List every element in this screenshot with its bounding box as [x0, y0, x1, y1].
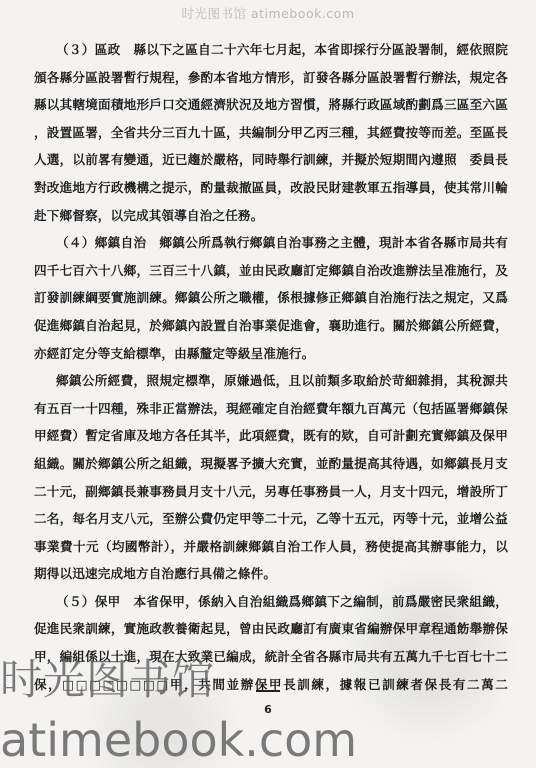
watermark-overlay-en: atimebook.com	[0, 712, 357, 768]
text-line: 組織。關於鄉鎮公所之組織，現擬畧予擴大充實，並酌量提高其待遇，如鄉鎮長月支	[34, 450, 508, 478]
text-line: 事業費十元（均國幣計），并嚴格訓練鄉鎮自治工作人員，務使提高其辦事能力，以	[34, 533, 508, 561]
page-number-rule	[256, 690, 280, 692]
text-line: 赴下鄉督察，以完成其領導自治之任務。	[34, 202, 508, 230]
watermark-overlay-cn: 时光图书馆	[0, 655, 215, 705]
text-line: 二十元，副鄉鎮長兼事務員月支十八元，另專任事務員一人，月支十四元，增設所丁	[34, 478, 508, 506]
document-body: （３）區政 縣以下之區自二十六年七月起，本省即採行分區設署制，經依照院 頒各縣分…	[34, 36, 508, 698]
section-3-heading-line: （３）區政 縣以下之區自二十六年七月起，本省即採行分區設署制，經依照院	[34, 36, 508, 64]
text-line: 期得以迅速完成地方自治應行具備之條件。	[34, 560, 508, 588]
text-line: 對改進地方行政機構之提示，酌量裁撤區員，改設民財建教軍五指導員，使其常川輪	[34, 174, 508, 202]
paragraph-start-line: 鄉鎮公所經費，照規定標準，原嫌過低，且以前類多取給於苛細雜捐，其稅源共	[34, 367, 508, 395]
text-line: 甲經費）暫定省庫及地方各任其半，此項經費，既有的欵，自可計劃充實鄉鎮及保甲	[34, 422, 508, 450]
header-watermark: 时光图书馆 atimebook.com	[0, 4, 536, 22]
text-line: 促進民衆訓練，實施政教養衛起見，曾由民政廳訂有廣東省編辦保甲章程通飭舉辦保	[34, 615, 508, 643]
text-line: 四千七百六十八鄉，三百三十八鎮，並由民政廳訂定鄉鎮自治改進辦法呈准施行，及	[34, 257, 508, 285]
text-line: 二名，每名月支八元，至辦公費仍定甲等二十元，乙等十五元，丙等十元，並增公益	[34, 505, 508, 533]
text-line: 亦經訂定分等支給標準，由縣釐定等級呈准施行。	[34, 340, 508, 368]
text-line: 縣以其轄境面積地形戶口交通經濟狀況及地方習慣，將縣行政區域酌劃爲三區至六區	[34, 91, 508, 119]
text-line: 人選，以前畧有變通，近已趨於嚴格，同時舉行訓練，并擬於短期間內遵照 委員長	[34, 146, 508, 174]
text-line: 有五百一十四種，殊非正當辦法，現經確定自治經費年額九百萬元（包括區署鄉鎮保	[34, 395, 508, 423]
text-line: 訂發訓練綱要實施訓練。鄉鎮公所之職權，係根據修正鄉鎮自治施行法之規定，又爲	[34, 284, 508, 312]
section-4-heading-line: （４）鄉鎮自治 鄉鎮公所爲執行鄉鎮自治事務之主體，現計本省各縣市局共有	[34, 229, 508, 257]
text-line: 促進鄉鎮自治起見，於鄉鎮內設置自治事業促進會，襄助進行。關於鄉鎮公所經費，	[34, 312, 508, 340]
text-line: 頒各縣分區設署暫行規程，參酌本省地方情形，訂發各縣分區設署暫行辦法，規定各	[34, 64, 508, 92]
section-5-heading-line: （５）保甲 本省保甲，係納入自治組織爲鄉鎮下之編制，前爲嚴密民衆組織，	[34, 588, 508, 616]
scanned-page: 时光图书馆 atimebook.com （３）區政 縣以下之區自二十六年七月起，…	[0, 0, 536, 768]
text-line: ，設置區署，全省共分三百九十區，共編制分甲乙丙三種，其經費按等而差。至區長	[34, 119, 508, 147]
